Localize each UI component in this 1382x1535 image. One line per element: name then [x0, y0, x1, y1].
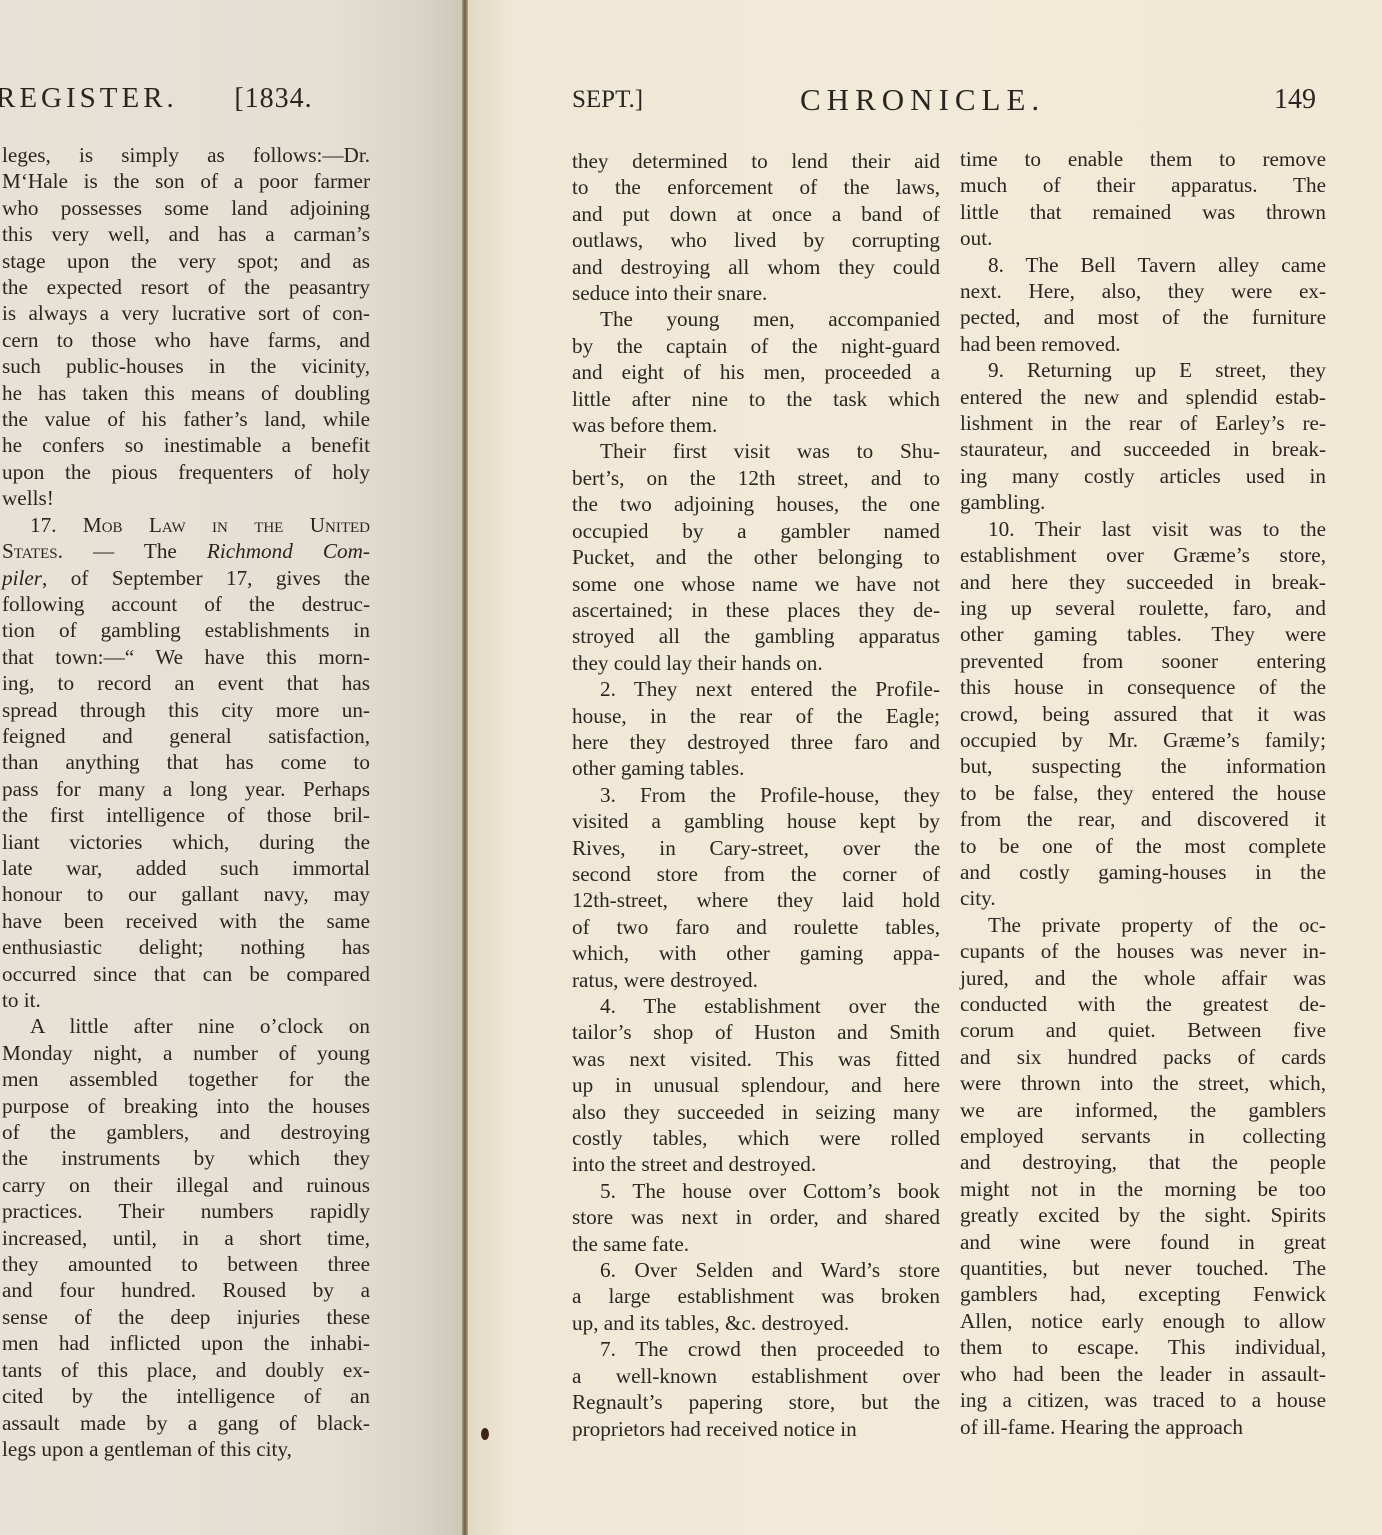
text-line: A little after nine o’clock on — [2, 1013, 370, 1039]
text-line: such public-houses in the vicinity, — [2, 353, 370, 379]
text-line: than anything that has come to — [2, 749, 370, 775]
text-line: cern to those who have farms, and — [2, 327, 370, 353]
text-line: from the rear, and discovered it — [960, 806, 1326, 832]
text-line: stroyed all the gambling apparatus — [572, 623, 940, 649]
text-line: 10. Their last visit was to the — [960, 516, 1326, 542]
text-line: and destroying, that the people — [960, 1149, 1326, 1175]
text-line: who possesses some land adjoining — [2, 195, 370, 221]
text-line: much of their apparatus. The — [960, 172, 1326, 198]
text-line: the instruments by which they — [2, 1145, 370, 1171]
text-line: had been removed. — [960, 331, 1326, 357]
ink-blot — [481, 1428, 489, 1440]
text-line: they could lay their hands on. — [572, 650, 940, 676]
text-line: stage upon the very spot; and as — [2, 248, 370, 274]
text-line: we are informed, the gamblers — [960, 1097, 1326, 1123]
text-line: next. Here, also, they were ex- — [960, 278, 1326, 304]
text-line: increased, until, in a short time, — [2, 1225, 370, 1251]
text-line: was before them. — [572, 412, 940, 438]
text-line: also they succeeded in seizing many — [572, 1099, 940, 1125]
text-line: tailor’s shop of Huston and Smith — [572, 1019, 940, 1045]
text-line: them to escape. This individual, — [960, 1334, 1326, 1360]
text-line: ing up several roulette, faro, and — [960, 595, 1326, 621]
text-line: occurred since that can be compared — [2, 961, 370, 987]
text-line: wells! — [2, 485, 370, 511]
text-line: Monday night, a number of young — [2, 1040, 370, 1066]
text-line: following account of the destruc- — [2, 591, 370, 617]
text-line: other gaming tables. They were — [960, 621, 1326, 647]
text-line: Rives, in Cary-street, over the — [572, 835, 940, 861]
text-line: cited by the intelligence of an — [2, 1383, 370, 1409]
text-line: legs upon a gentleman of this city, — [2, 1436, 370, 1462]
text-line: and four hundred. Roused by a — [2, 1277, 370, 1303]
text-line: city. — [960, 885, 1326, 911]
text-line: men had inflicted upon the inhabi- — [2, 1330, 370, 1356]
text-line: bert’s, on the 12th street, and to — [572, 465, 940, 491]
text-line: the two adjoining houses, the one — [572, 491, 940, 517]
text-line: 4. The establishment over the — [572, 993, 940, 1019]
text-line: prevented from sooner entering — [960, 648, 1326, 674]
text-line: little after nine to the task which — [572, 386, 940, 412]
text-line: lishment in the rear of Earley’s re- — [960, 410, 1326, 436]
text-line: is always a very lucrative sort of con- — [2, 300, 370, 326]
text-line: gambling. — [960, 489, 1326, 515]
text-line: ing many costly articles used in — [960, 463, 1326, 489]
text-line: and wine were found in great — [960, 1229, 1326, 1255]
running-head-title: CHRONICLE. — [800, 82, 1045, 118]
right-column-2: time to enable them to removemuch of the… — [960, 146, 1326, 1440]
text-line: staurateur, and succeeded in break- — [960, 436, 1326, 462]
text-line: the value of his father’s land, while — [2, 406, 370, 432]
text-line: 12th-street, where they laid hold — [572, 887, 940, 913]
text-line: was next visited. This was fitted — [572, 1046, 940, 1072]
text-line: this very well, and has a carman’s — [2, 221, 370, 247]
text-line: 17. Mob Law in the United — [2, 512, 370, 538]
text-line: proprietors had received notice in — [572, 1416, 940, 1442]
text-line: quantities, but never touched. The — [960, 1255, 1326, 1281]
text-line: which, with other gaming appa- — [572, 940, 940, 966]
paragraph: 5. The house over Cottom’s bookstore was… — [572, 1178, 940, 1257]
text-line: and here they succeeded in break- — [960, 569, 1326, 595]
text-line: Regnault’s papering store, but the — [572, 1389, 940, 1415]
text-line: 7. The crowd then proceeded to — [572, 1336, 940, 1362]
paragraph: they determined to lend their aidto the … — [572, 148, 940, 306]
text-line: enthusiastic delight; nothing has — [2, 934, 370, 960]
text-line: leges, is simply as follows:—Dr. — [2, 142, 370, 168]
text-line: of the gamblers, and destroying — [2, 1119, 370, 1145]
text-line: that town:—“ We have this morn- — [2, 644, 370, 670]
text-line: ing, to record an event that has — [2, 670, 370, 696]
text-line: 8. The Bell Tavern alley came — [960, 252, 1326, 278]
running-head-month: SEPT.] — [572, 86, 643, 114]
text-line: he confers so inestimable a benefit — [2, 432, 370, 458]
text-line: and six hundred packs of cards — [960, 1044, 1326, 1070]
paragraph: The young men, accompaniedby the captain… — [572, 306, 940, 438]
text-line: 5. The house over Cottom’s book — [572, 1178, 940, 1204]
text-line: tion of gambling establishments in — [2, 617, 370, 643]
text-line: they determined to lend their aid — [572, 148, 940, 174]
text-line: men assembled together for the — [2, 1066, 370, 1092]
text-line: and destroying all whom they could — [572, 254, 940, 280]
left-column-text: leges, is simply as follows:—Dr.M‘Hale i… — [2, 142, 370, 1462]
text-line: by the captain of the night-guard — [572, 333, 940, 359]
text-line: time to enable them to remove — [960, 146, 1326, 172]
text-line: into the street and destroyed. — [572, 1151, 940, 1177]
paragraph: time to enable them to removemuch of the… — [960, 146, 1326, 252]
text-line: conducted with the greatest de- — [960, 991, 1326, 1017]
text-line: store was next in order, and shared — [572, 1204, 940, 1230]
text-line: establishment over Græme’s store, — [960, 542, 1326, 568]
text-line: piler, of September 17, gives the — [2, 565, 370, 591]
text-line: a large establishment was broken — [572, 1283, 940, 1309]
paragraph: 10. Their last visit was to theestablish… — [960, 516, 1326, 912]
text-line: ratus, were destroyed. — [572, 967, 940, 993]
text-line: outlaws, who lived by corrupting — [572, 227, 940, 253]
text-line: to the enforcement of the laws, — [572, 174, 940, 200]
text-line: cupants of the houses was never in- — [960, 938, 1326, 964]
text-line: Their first visit was to Shu- — [572, 438, 940, 464]
text-line: house, in the rear of the Eagle; — [572, 703, 940, 729]
text-line: liant victories which, during the — [2, 829, 370, 855]
text-line: M‘Hale is the son of a poor farmer — [2, 168, 370, 194]
text-line: Pucket, and the other belonging to — [572, 544, 940, 570]
text-line: some one whose name we have not — [572, 571, 940, 597]
text-line: practices. Their numbers rapidly — [2, 1198, 370, 1224]
paragraph: 7. The crowd then proceeded toa well-kno… — [572, 1336, 940, 1442]
text-line: jured, and the whole affair was — [960, 965, 1326, 991]
text-line: crowd, being assured that it was — [960, 701, 1326, 727]
text-line: out. — [960, 225, 1326, 251]
text-line: occupied by a gambler named — [572, 518, 940, 544]
paragraph: 8. The Bell Tavern alley camenext. Here,… — [960, 252, 1326, 358]
text-line: the same fate. — [572, 1231, 940, 1257]
text-line: who had been the leader in assault- — [960, 1361, 1326, 1387]
text-line: other gaming tables. — [572, 755, 940, 781]
text-line: might not in the morning be too — [960, 1176, 1326, 1202]
left-running-head: REGISTER. [1834. — [0, 82, 313, 115]
text-line: States. — The Richmond Com- — [2, 538, 370, 564]
text-line: feigned and general satisfaction, — [2, 723, 370, 749]
text-line: assault made by a gang of black- — [2, 1410, 370, 1436]
paragraph: 4. The establishment over thetailor’s sh… — [572, 993, 940, 1178]
paragraph-nine-oclock: A little after nine o’clock onMonday nig… — [2, 1013, 370, 1462]
text-line: ing a citizen, was traced to a house — [960, 1387, 1326, 1413]
paragraph: 3. From the Profile-house, theyvisited a… — [572, 782, 940, 993]
page-number: 149 — [1274, 84, 1316, 116]
text-line: purpose of breaking into the houses — [2, 1093, 370, 1119]
left-page: REGISTER. [1834. leges, is simply as fol… — [0, 0, 466, 1535]
paragraph: 6. Over Selden and Ward’s storea large e… — [572, 1257, 940, 1336]
paragraph-mchale: leges, is simply as follows:—Dr.M‘Hale i… — [2, 142, 370, 512]
text-line: tants of this place, and doubly ex- — [2, 1357, 370, 1383]
text-line: gamblers had, excepting Fenwick — [960, 1281, 1326, 1307]
text-line: little that remained was thrown — [960, 199, 1326, 225]
text-line: The private property of the oc- — [960, 912, 1326, 938]
text-line: and put down at once a band of — [572, 201, 940, 227]
paragraph: Their first visit was to Shu-bert’s, on … — [572, 438, 940, 676]
text-line: and costly gaming-houses in the — [960, 859, 1326, 885]
text-line: ascertained; in these places they de- — [572, 597, 940, 623]
text-line: have been received with the same — [2, 908, 370, 934]
text-line: here they destroyed three faro and — [572, 729, 940, 755]
running-head-title: REGISTER. — [0, 82, 178, 114]
text-line: greatly excited by the sight. Spirits — [960, 1202, 1326, 1228]
paragraph: 2. They next entered the Profile-house, … — [572, 676, 940, 782]
text-line: spread through this city more un- — [2, 697, 370, 723]
paragraph: 9. Returning up E street, theyentered th… — [960, 357, 1326, 515]
text-line: 6. Over Selden and Ward’s store — [572, 1257, 940, 1283]
text-line: corum and quiet. Between five — [960, 1017, 1326, 1043]
text-line: up, and its tables, &c. destroyed. — [572, 1310, 940, 1336]
text-line: late war, added such immortal — [2, 855, 370, 881]
text-line: The young men, accompanied — [572, 306, 940, 332]
text-line: occupied by Mr. Græme’s family; — [960, 727, 1326, 753]
text-line: visited a gambling house kept by — [572, 808, 940, 834]
text-line: up in unusual splendour, and here — [572, 1072, 940, 1098]
text-line: of ill-fame. Hearing the approach — [960, 1414, 1326, 1440]
text-line: pected, and most of the furniture — [960, 304, 1326, 330]
text-line: employed servants in collecting — [960, 1123, 1326, 1149]
text-line: to be one of the most complete — [960, 833, 1326, 859]
right-page: SEPT.] CHRONICLE. 149 they determined to… — [468, 0, 1382, 1535]
text-line: to be false, they entered the house — [960, 780, 1326, 806]
text-line: 3. From the Profile-house, they — [572, 782, 940, 808]
text-line: to it. — [2, 987, 370, 1013]
text-line: honour to our gallant navy, may — [2, 881, 370, 907]
text-line: entered the new and splendid estab- — [960, 384, 1326, 410]
text-line: 9. Returning up E street, they — [960, 357, 1326, 383]
text-line: upon the pious frequenters of holy — [2, 459, 370, 485]
text-line: they amounted to between three — [2, 1251, 370, 1277]
text-line: pass for many a long year. Perhaps — [2, 776, 370, 802]
text-line: second store from the corner of — [572, 861, 940, 887]
text-line: were thrown into the street, which, — [960, 1070, 1326, 1096]
text-line: 2. They next entered the Profile- — [572, 676, 940, 702]
text-line: sense of the deep injuries these — [2, 1304, 370, 1330]
text-line: a well-known establishment over — [572, 1363, 940, 1389]
text-line: seduce into their snare. — [572, 280, 940, 306]
text-line: Allen, notice early enough to allow — [960, 1308, 1326, 1334]
text-line: he has taken this means of doubling — [2, 380, 370, 406]
text-line: the expected resort of the peasantry — [2, 274, 370, 300]
right-column-1: they determined to lend their aidto the … — [572, 148, 940, 1442]
text-line: this house in consequence of the — [960, 674, 1326, 700]
text-line: the first intelligence of those bril- — [2, 802, 370, 828]
text-line: but, suspecting the information — [960, 753, 1326, 779]
running-head-year: [1834. — [234, 83, 312, 114]
text-line: carry on their illegal and ruinous — [2, 1172, 370, 1198]
text-line: of two faro and roulette tables, — [572, 914, 940, 940]
paragraph: The private property of the oc-cupants o… — [960, 912, 1326, 1440]
text-line: costly tables, which were rolled — [572, 1125, 940, 1151]
article-mob-law: 17. Mob Law in the UnitedStates. — The R… — [2, 512, 370, 1014]
text-line: and eight of his men, proceeded a — [572, 359, 940, 385]
